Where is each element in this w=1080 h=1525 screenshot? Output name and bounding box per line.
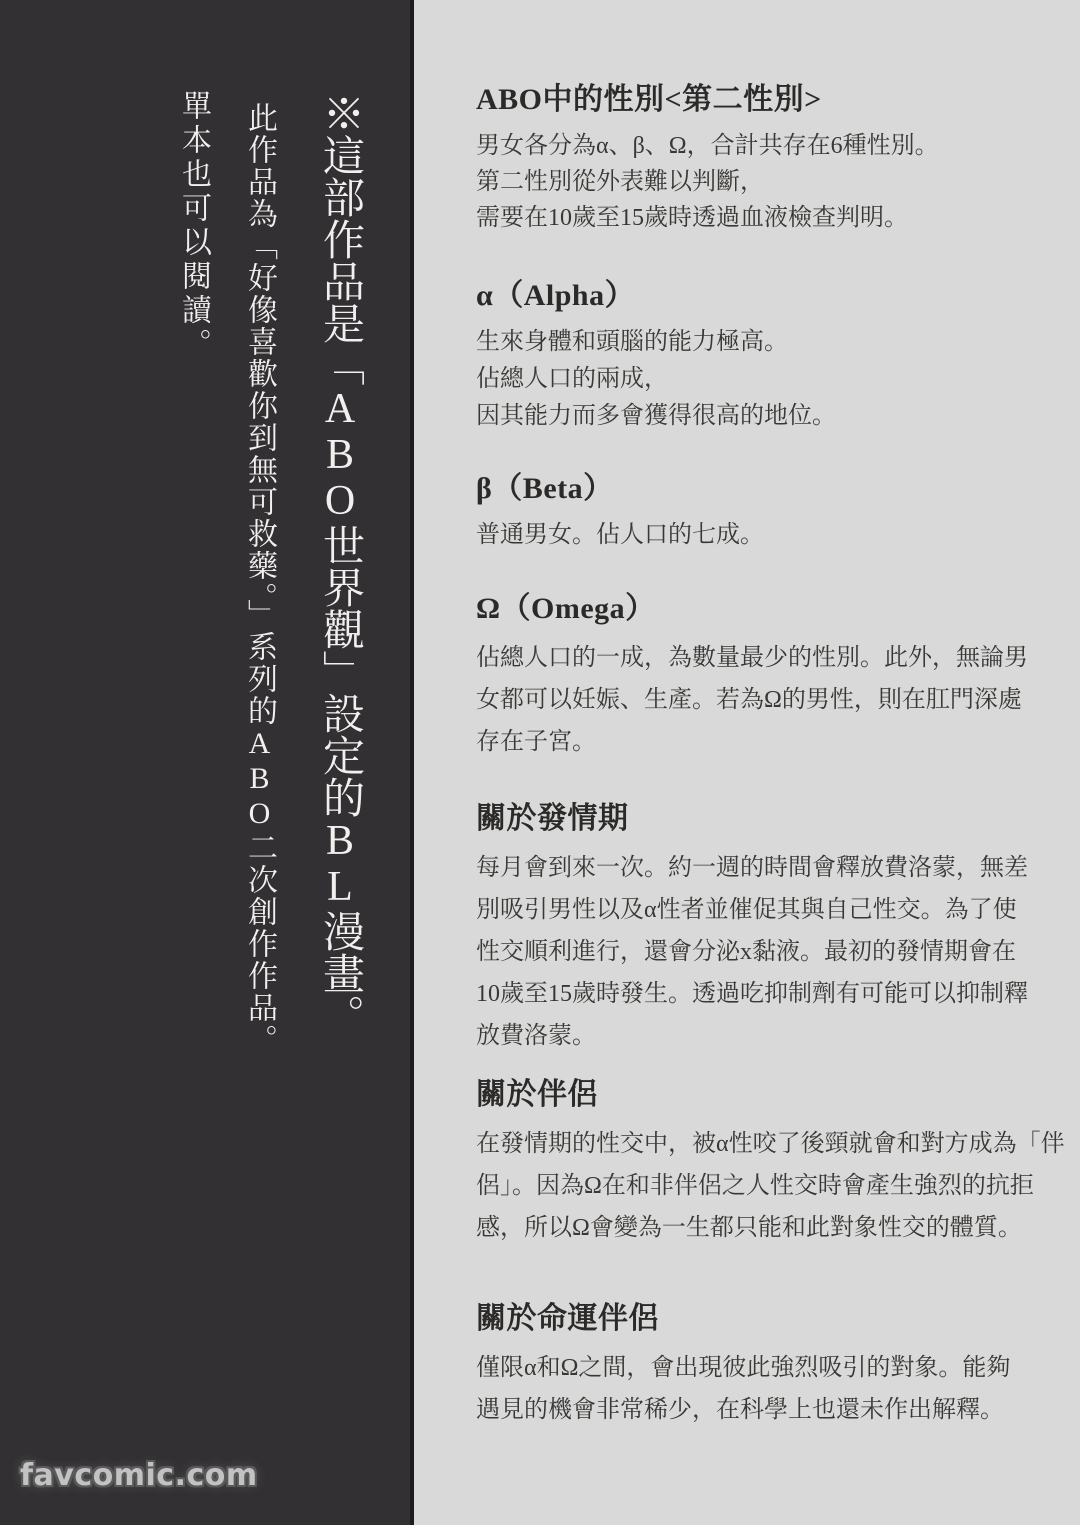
section-body: 僅限α和Ω之間，會出現彼此強烈吸引的對象。能夠遇見的機會非常稀少，在科學上也還未… bbox=[476, 1347, 1060, 1431]
section-body: 普通男女。佔人口的七成。 bbox=[476, 517, 1060, 553]
section-alpha: α（Alpha） 生來身體和頭腦的能力極高。佔總人口的兩成，因其能力而多會獲得很… bbox=[476, 276, 1060, 435]
sections-container: ABO中的性別<第二性別> 男女各分為α、β、Ω，合計共存在6種性別。第二性別從… bbox=[476, 80, 1060, 1431]
section-body: 在發情期的性交中，被α性咬了後頸就會和對方成為「伴侶」。因為Ω在和非伴侶之人性交… bbox=[476, 1123, 1060, 1249]
body-line: 別吸引男性以及α性者並催促其與自己性交。為了使 bbox=[476, 889, 1060, 931]
section-heading: β（Beta） bbox=[476, 469, 1060, 509]
section-body: 生來身體和頭腦的能力極高。佔總人口的兩成，因其能力而多會獲得很高的地位。 bbox=[476, 324, 1060, 435]
section-heading: ABO中的性別<第二性別> bbox=[476, 80, 1060, 120]
vertical-note-standalone: 單本也可以閱讀。 bbox=[171, 90, 215, 362]
section-body: 男女各分為α、β、Ω，合計共存在6種性別。第二性別從外表難以判斷，需要在10歲至… bbox=[476, 128, 1060, 236]
section-heat-period: 關於發情期 每月會到來一次。約一週的時間會釋放費洛蒙，無差別吸引男性以及α性者並… bbox=[476, 799, 1060, 1057]
body-line: 放費洛蒙。 bbox=[476, 1015, 1060, 1057]
body-line: 生來身體和頭腦的能力極高。 bbox=[476, 324, 1060, 361]
body-line: 僅限α和Ω之間，會出現彼此強烈吸引的對象。能夠 bbox=[476, 1347, 1060, 1389]
body-line: 需要在10歲至15歲時透過血液檢查判明。 bbox=[476, 200, 1060, 236]
section-heading: α（Alpha） bbox=[476, 276, 1060, 316]
watermark: favcomic.com bbox=[20, 1458, 258, 1493]
body-line: 侶」。因為Ω在和非伴侶之人性交時會產生強烈的抗拒 bbox=[476, 1165, 1060, 1207]
body-line: 因其能力而多會獲得很高的地位。 bbox=[476, 398, 1060, 435]
section-heading: 關於發情期 bbox=[476, 799, 1060, 839]
section-fated-partner: 關於命運伴侶 僅限α和Ω之間，會出現彼此強烈吸引的對象。能夠遇見的機會非常稀少，… bbox=[476, 1299, 1060, 1431]
section-body: 每月會到來一次。約一週的時間會釋放費洛蒙，無差別吸引男性以及α性者並催促其與自己… bbox=[476, 847, 1060, 1057]
section-beta: β（Beta） 普通男女。佔人口的七成。 bbox=[476, 469, 1060, 553]
body-line: 存在子宮。 bbox=[476, 721, 1060, 763]
body-line: 佔總人口的兩成， bbox=[476, 361, 1060, 398]
body-line: 性交順利進行，還會分泌x黏液。最初的發情期會在 bbox=[476, 931, 1060, 973]
body-line: 男女各分為α、β、Ω，合計共存在6種性別。 bbox=[476, 128, 1060, 164]
body-line: 第二性別從外表難以判斷， bbox=[476, 164, 1060, 200]
vertical-note-main: ※這部作品是「ABO世界觀」設定的BL漫畫。 bbox=[310, 92, 370, 1036]
section-abo-genders: ABO中的性別<第二性別> 男女各分為α、β、Ω，合計共存在6種性別。第二性別從… bbox=[476, 80, 1060, 236]
section-body: 佔總人口的一成，為數量最少的性別。此外，無論男女都可以妊娠、生產。若為Ω的男性，… bbox=[476, 637, 1060, 763]
body-line: 10歲至15歲時發生。透過吃抑制劑有可能可以抑制釋 bbox=[476, 973, 1060, 1015]
vertical-note-series: 此作品為「好像喜歡你到無可救藥。」系列的ABO二次創作作品。 bbox=[237, 102, 281, 1056]
section-omega: Ω（Omega） 佔總人口的一成，為數量最少的性別。此外，無論男女都可以妊娠、生… bbox=[476, 589, 1060, 763]
section-heading: 關於伴侶 bbox=[476, 1075, 1060, 1115]
section-heading: 關於命運伴侶 bbox=[476, 1299, 1060, 1339]
right-panel: ABO中的性別<第二性別> 男女各分為α、β、Ω，合計共存在6種性別。第二性別從… bbox=[414, 0, 1080, 1525]
body-line: 遇見的機會非常稀少，在科學上也還未作出解釋。 bbox=[476, 1389, 1060, 1431]
left-panel: ※這部作品是「ABO世界觀」設定的BL漫畫。 此作品為「好像喜歡你到無可救藥。」… bbox=[0, 0, 410, 1525]
body-line: 感，所以Ω會變為一生都只能和此對象性交的體質。 bbox=[476, 1207, 1060, 1249]
body-line: 女都可以妊娠、生產。若為Ω的男性，則在肛門深處 bbox=[476, 679, 1060, 721]
section-heading: Ω（Omega） bbox=[476, 589, 1060, 629]
body-line: 在發情期的性交中，被α性咬了後頸就會和對方成為「伴 bbox=[476, 1123, 1060, 1165]
section-partner: 關於伴侶 在發情期的性交中，被α性咬了後頸就會和對方成為「伴侶」。因為Ω在和非伴… bbox=[476, 1075, 1060, 1249]
body-line: 佔總人口的一成，為數量最少的性別。此外，無論男 bbox=[476, 637, 1060, 679]
body-line: 每月會到來一次。約一週的時間會釋放費洛蒙，無差 bbox=[476, 847, 1060, 889]
body-line: 普通男女。佔人口的七成。 bbox=[476, 517, 1060, 553]
